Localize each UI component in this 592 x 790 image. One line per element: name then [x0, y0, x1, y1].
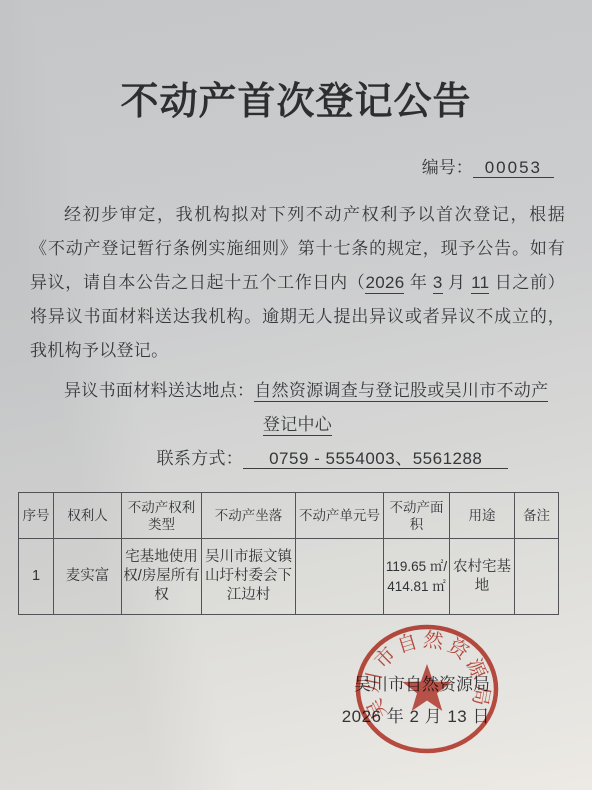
col-header-remark: 备注 [515, 493, 559, 539]
col-header-owner: 权利人 [54, 493, 122, 539]
contact-phone-numbers: 0759 - 5554003、5561288 [243, 449, 508, 469]
cell-location: 吴川市振文镇山圩村委会下江边村 [202, 539, 296, 615]
col-header-area: 不动产面积 [384, 493, 450, 539]
body-paragraph: 经初步审定，我机构拟对下列不动产权利予以首次登记，根据《不动产登记暂行条例实施细… [30, 198, 565, 368]
issue-date: 2026 年 2 月 13 日 [342, 708, 490, 726]
doc-number-label: 编号： [422, 158, 473, 177]
col-header-location: 不动产坐落 [202, 493, 296, 539]
cell-seq: 1 [19, 539, 54, 615]
cell-right-type: 宅基地使用权/房屋所有权 [122, 539, 202, 615]
delivery-location-value2: 登记中心 [263, 415, 332, 436]
notice-body: 经初步审定，我机构拟对下列不动产权利予以首次登记，根据《不动产登记暂行条例实施细… [30, 198, 565, 476]
cell-owner: 麦实富 [54, 539, 122, 615]
delivery-location-line1: 异议书面材料送达地点：自然资源调查与登记股或吴川市不动产 [30, 374, 565, 408]
contact-line: 联系方式：0759 - 5554003、5561288 [65, 442, 592, 476]
col-header-right-type: 不动产权利类型 [122, 493, 202, 539]
table-row: 1 麦实富 宅基地使用权/房屋所有权 吴川市振文镇山圩村委会下江边村 119.6… [19, 539, 559, 615]
table-header-row: 序号 权利人 不动产权利类型 不动产坐落 不动产单元号 不动产面积 用途 备注 [19, 493, 559, 539]
col-header-seq: 序号 [19, 493, 54, 539]
deadline-month: 3 [433, 273, 443, 294]
issuer-block: 吴川市自然资源局 2026 年 2 月 13 日 [342, 676, 490, 726]
contact-label: 联系方式： [157, 449, 244, 468]
doc-number-line: 编号：00053 [422, 153, 554, 178]
cell-remark [515, 539, 559, 615]
page-title: 不动产首次登记公告 [0, 70, 592, 125]
deadline-year: 2026 [365, 273, 404, 294]
property-table: 序号 权利人 不动产权利类型 不动产坐落 不动产单元号 不动产面积 用途 备注 … [18, 492, 559, 615]
body-text-seg2: 年 [404, 273, 432, 292]
col-header-unit-no: 不动产单元号 [296, 493, 384, 539]
deadline-day: 11 [471, 273, 489, 294]
announcement-page: 不动产首次登记公告 编号：00053 经初步审定，我机构拟对下列不动产权利予以首… [0, 0, 592, 790]
delivery-location-label: 异议书面材料送达地点： [64, 381, 254, 400]
cell-usage: 农村宅基地 [450, 539, 515, 615]
col-header-usage: 用途 [450, 493, 515, 539]
doc-number-value: 00053 [473, 158, 554, 178]
delivery-location-line2: 登记中心 [30, 408, 565, 442]
cell-unit-no [296, 539, 384, 615]
delivery-location-value1: 自然资源调查与登记股或吴川市不动产 [254, 381, 548, 402]
body-text-seg3: 月 [443, 273, 471, 292]
issuer-name: 吴川市自然资源局 [342, 676, 490, 694]
cell-area: 119.65 ㎡/ 414.81 ㎡ [384, 539, 450, 615]
